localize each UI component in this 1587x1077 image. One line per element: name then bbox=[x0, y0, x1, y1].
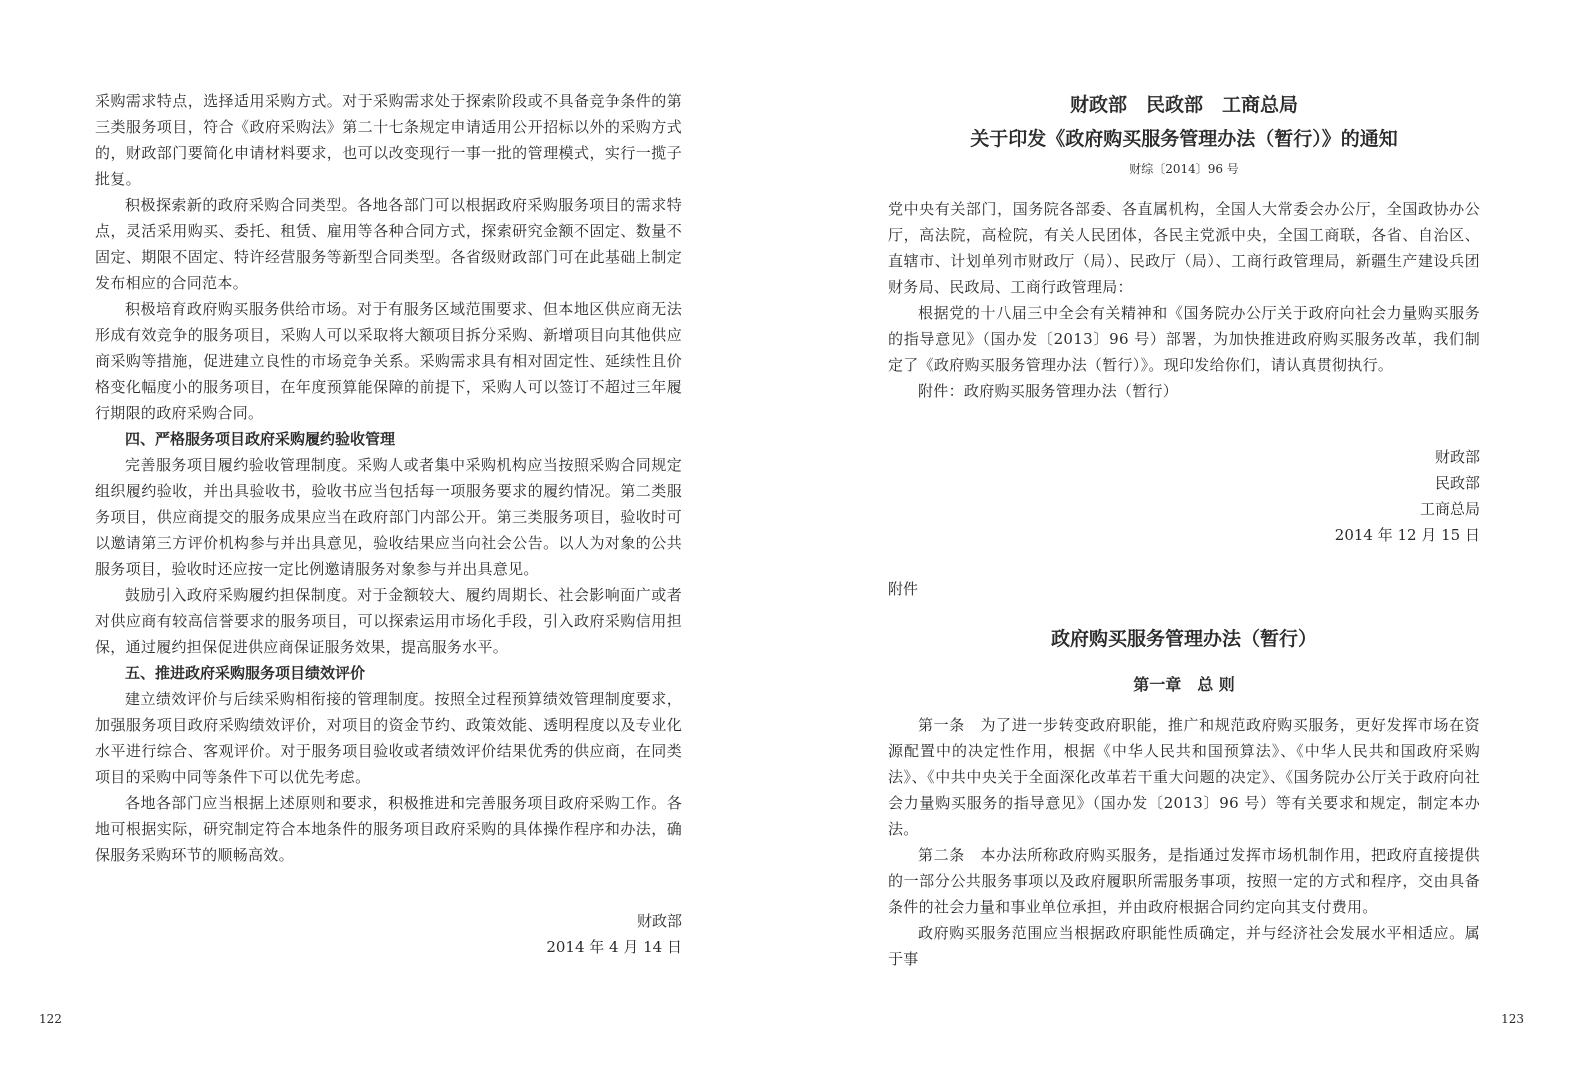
left-page: 采购需求特点，选择适用采购方式。对于采购需求处于探索阶段或不具备竞争条件的第三类… bbox=[0, 0, 793, 1077]
article-text: 为了进一步转变政府职能，推广和规范政府购买服务，更好发挥市场在资源配置中的决定性… bbox=[888, 716, 1480, 838]
document-number: 财综〔2014〕96 号 bbox=[888, 156, 1480, 182]
article-label: 第二条 bbox=[918, 846, 965, 864]
notice-title-line2: 关于印发《政府购买服务管理办法（暂行）》的通知 bbox=[888, 122, 1480, 156]
article-2: 第二条 本办法所称政府购买服务，是指通过发挥市场机制作用，把政府直接提供的一部分… bbox=[888, 842, 1480, 920]
attachment-label: 附件 bbox=[888, 576, 1480, 602]
paragraph: 鼓励引入政府采购履约担保制度。对于金额较大、履约周期长、社会影响面广或者对供应商… bbox=[95, 582, 682, 660]
article-label: 第一条 bbox=[918, 716, 965, 734]
chapter-title: 第一章 总 则 bbox=[888, 670, 1480, 700]
paragraph: 建立绩效评价与后续采购相衔接的管理制度。按照全过程预算绩效管理制度要求，加强服务… bbox=[95, 686, 682, 790]
paragraph: 积极探索新的政府采购合同类型。各地各部门可以根据政府采购服务项目的需求特点，灵活… bbox=[95, 192, 682, 296]
article-text: 本办法所称政府购买服务，是指通过发挥市场机制作用，把政府直接提供的一部分公共服务… bbox=[888, 846, 1480, 916]
section-heading-4: 四、严格服务项目政府采购履约验收管理 bbox=[95, 426, 682, 452]
notice-body: 根据党的十八届三中全会有关精神和《国务院办公厅关于政府向社会力量购买服务的指导意… bbox=[888, 300, 1480, 378]
notice-title-line1: 财政部 民政部 工商总局 bbox=[888, 88, 1480, 122]
attachment-note: 附件：政府购买服务管理办法（暂行） bbox=[888, 378, 1480, 404]
page-number: 122 bbox=[39, 1012, 62, 1026]
signature-date: 2014 年 12 月 15 日 bbox=[888, 522, 1480, 548]
signature-org: 民政部 bbox=[888, 470, 1480, 496]
left-page-body: 采购需求特点，选择适用采购方式。对于采购需求处于探索阶段或不具备竞争条件的第三类… bbox=[95, 88, 682, 960]
spacer bbox=[888, 404, 1480, 444]
paragraph: 积极培育政府购买服务供给市场。对于有服务区域范围要求、但本地区供应商无法形成有效… bbox=[95, 296, 682, 426]
signature-org: 工商总局 bbox=[888, 496, 1480, 522]
paragraph: 采购需求特点，选择适用采购方式。对于采购需求处于探索阶段或不具备竞争条件的第三类… bbox=[95, 88, 682, 192]
paragraph: 各地各部门应当根据上述原则和要求，积极推进和完善服务项目政府采购工作。各地可根据… bbox=[95, 790, 682, 868]
signature-org: 财政部 bbox=[888, 444, 1480, 470]
section-heading-5: 五、推进政府采购服务项目绩效评价 bbox=[95, 660, 682, 686]
right-page: 财政部 民政部 工商总局 关于印发《政府购买服务管理办法（暂行）》的通知 财综〔… bbox=[793, 0, 1587, 1077]
article-1: 第一条 为了进一步转变政府职能，推广和规范政府购买服务，更好发挥市场在资源配置中… bbox=[888, 712, 1480, 842]
spacer bbox=[95, 868, 682, 908]
addressees: 党中央有关部门，国务院各部委、各直属机构，全国人大常委会办公厅，全国政协办公厅，… bbox=[888, 196, 1480, 300]
law-title: 政府购买服务管理办法（暂行） bbox=[888, 622, 1480, 656]
right-page-body: 财政部 民政部 工商总局 关于印发《政府购买服务管理办法（暂行）》的通知 财综〔… bbox=[888, 88, 1480, 972]
page-number: 123 bbox=[1501, 1012, 1524, 1026]
signature-date: 2014 年 4 月 14 日 bbox=[95, 934, 682, 960]
paragraph: 政府购买服务范围应当根据政府职能性质确定，并与经济社会发展水平相适应。属于事 bbox=[888, 920, 1480, 972]
paragraph: 完善服务项目履约验收管理制度。采购人或者集中采购机构应当按照采购合同规定组织履约… bbox=[95, 452, 682, 582]
signature-org: 财政部 bbox=[95, 908, 682, 934]
